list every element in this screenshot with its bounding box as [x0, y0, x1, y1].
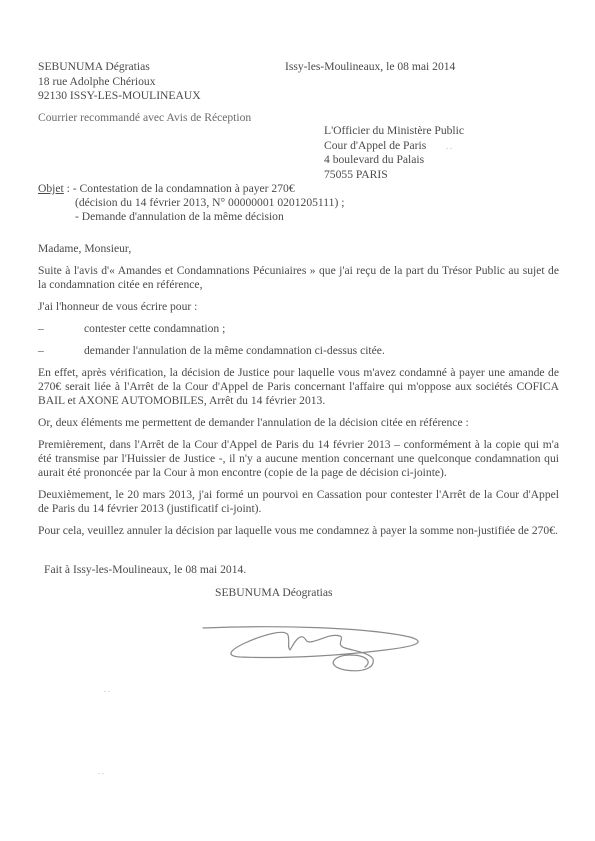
paragraph-5: Premièrement, dans l'Arrêt de la Cour d'…: [38, 438, 559, 480]
scan-speck: . .: [98, 765, 104, 779]
handwritten-signature-icon: [195, 615, 465, 685]
letter-page: SEBUNUMA Dégratias 18 rue Adolphe Chério…: [0, 0, 595, 841]
recipient-line-1: L'Officier du Ministère Public: [324, 124, 464, 139]
letter-body: Madame, Monsieur, Suite à l'avis d'« Ama…: [38, 242, 559, 538]
recipient-line-3: 4 boulevard du Palais: [324, 153, 464, 168]
paragraph-6: Deuxièmement, le 20 mars 2013, j'ai form…: [38, 488, 559, 516]
recipient-line-2: Cour d'Appel de Paris: [324, 139, 464, 154]
recipient-line-4: 75055 PARIS: [324, 168, 464, 183]
subject-line-2: (décision du 14 février 2013, N° 0000000…: [38, 196, 344, 210]
sender-address: SEBUNUMA Dégratias 18 rue Adolphe Chério…: [38, 60, 201, 104]
paragraph-7: Pour cela, veuillez annuler la décision …: [38, 524, 559, 538]
delivery-mode: Courrier recommandé avec Avis de Récepti…: [38, 111, 251, 125]
signature-name: SEBUNUMA Déogratias: [215, 586, 333, 600]
subject-separator: :: [64, 182, 73, 195]
subject-label: Objet: [38, 182, 64, 195]
paragraph-4: Or, deux éléments me permettent de deman…: [38, 416, 559, 430]
letter-date: Issy-les-Moulineaux, le 08 mai 2014: [285, 60, 455, 74]
bullet-dash: –: [38, 322, 84, 336]
sender-street: 18 rue Adolphe Chérioux: [38, 75, 201, 90]
scan-speck: . .: [104, 683, 110, 697]
subject-block: Objet : - Contestation de la condamnatio…: [38, 182, 344, 224]
recipient-address: L'Officier du Ministère Public Cour d'Ap…: [324, 124, 464, 182]
paragraph-3: En effet, après vérification, la décisio…: [38, 366, 559, 408]
bullet-text: demander l'annulation de la même condamn…: [84, 344, 385, 358]
subject-text-1: - Contestation de la condamnation à paye…: [73, 182, 295, 195]
list-item: – demander l'annulation de la même conda…: [38, 344, 559, 358]
scan-speck: . .: [446, 140, 452, 154]
subject-line-1: Objet : - Contestation de la condamnatio…: [38, 182, 344, 196]
paragraph-1: Suite à l'avis d'« Amandes et Condamnati…: [38, 264, 559, 292]
sender-city: 92130 ISSY-LES-MOULINEAUX: [38, 89, 201, 104]
salutation: Madame, Monsieur,: [38, 242, 559, 256]
bullet-text: contester cette condamnation ;: [84, 322, 225, 336]
bullet-dash: –: [38, 344, 84, 358]
paragraph-2: J'ai l'honneur de vous écrire pour :: [38, 300, 559, 314]
subject-line-3: - Demande d'annulation de la même décisi…: [38, 210, 344, 224]
closing-line: Fait à Issy-les-Moulineaux, le 08 mai 20…: [44, 563, 246, 577]
list-item: – contester cette condamnation ;: [38, 322, 559, 336]
sender-name: SEBUNUMA Dégratias: [38, 60, 201, 75]
